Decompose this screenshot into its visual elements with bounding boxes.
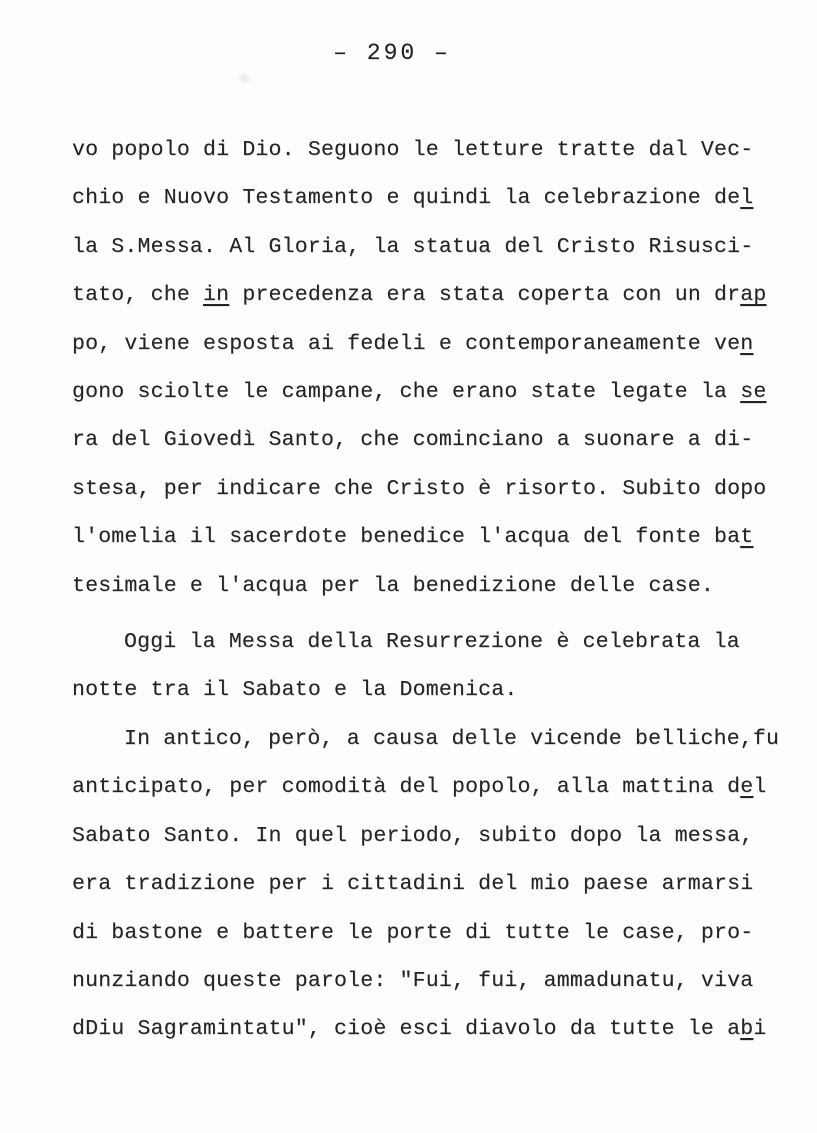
text-segment: nunziando queste parole: "Fui, fui, amma… xyxy=(72,969,753,993)
text-segment: tato, che xyxy=(72,283,203,307)
underlined-text-segment: t xyxy=(740,525,753,549)
text-segment: di bastone e battere le porte di tutte l… xyxy=(72,921,753,945)
text-line: In antico, però, a causa delle vicende b… xyxy=(72,715,772,763)
underlined-text-segment: se xyxy=(740,380,766,404)
text-line: di bastone e battere le porte di tutte l… xyxy=(72,909,772,957)
text-segment: vo popolo di Dio. Seguono le letture tra… xyxy=(72,138,753,162)
text-segment: la S.Messa. Al Gloria, la statua del Cri… xyxy=(72,235,753,259)
text-line: vo popolo di Dio. Seguono le letture tra… xyxy=(72,126,772,174)
text-line: anticipato, per comodità del popolo, all… xyxy=(72,763,772,811)
text-segment: era tradizione per i cittadini del mio p… xyxy=(72,872,753,896)
text-segment: po, viene esposta ai fedeli e contempora… xyxy=(72,332,740,356)
text-line: gono sciolte le campane, che erano state… xyxy=(72,368,772,416)
text-segment: chio e Nuovo Testamento e quindi la cele… xyxy=(72,186,740,210)
underlined-text-segment: ap xyxy=(740,283,766,307)
underlined-text-segment: b xyxy=(740,1017,753,1041)
text-line: notte tra il Sabato e la Domenica. xyxy=(72,666,772,714)
text-line: era tradizione per i cittadini del mio p… xyxy=(72,860,772,908)
page-number: – 290 – xyxy=(0,40,784,66)
text-segment: dDiu Sagramintatu", cioè esci diavolo da… xyxy=(72,1017,740,1041)
text-segment: In antico, però, a causa delle vicende b… xyxy=(124,727,779,751)
text-line: nunziando queste parole: "Fui, fui, amma… xyxy=(72,957,772,1005)
text-segment: stesa, per indicare che Cristo è risorto… xyxy=(72,477,766,501)
text-line: dDiu Sagramintatu", cioè esci diavolo da… xyxy=(72,1005,772,1053)
text-line: ra del Giovedì Santo, che cominciano a s… xyxy=(72,416,772,464)
text-line: la S.Messa. Al Gloria, la statua del Cri… xyxy=(72,223,772,271)
text-line: Sabato Santo. In quel periodo, subito do… xyxy=(72,812,772,860)
text-line: po, viene esposta ai fedeli e contempora… xyxy=(72,320,772,368)
text-segment: l xyxy=(753,775,766,799)
text-segment: precedenza era stata coperta con un dr xyxy=(229,283,740,307)
text-segment: Sabato Santo. In quel periodo, subito do… xyxy=(72,824,753,848)
text-line: tesimale e l'acqua per la benedizione de… xyxy=(72,562,772,610)
text-line: tato, che in precedenza era stata copert… xyxy=(72,271,772,319)
document-page: – 290 – vo popolo di Dio. Seguono le let… xyxy=(0,0,817,1133)
underlined-text-segment: l xyxy=(740,186,753,210)
text-segment: tesimale e l'acqua per la benedizione de… xyxy=(72,574,714,598)
text-segment: anticipato, per comodità del popolo, all… xyxy=(72,775,740,799)
text-segment: Oggi la Messa della Resurrezione è celeb… xyxy=(124,630,740,654)
text-segment: i xyxy=(753,1017,766,1041)
text-segment: notte tra il Sabato e la Domenica. xyxy=(72,678,517,702)
document-body: vo popolo di Dio. Seguono le letture tra… xyxy=(72,126,772,1054)
underlined-text-segment: n xyxy=(740,332,753,356)
text-line: stesa, per indicare che Cristo è risorto… xyxy=(72,465,772,513)
text-segment: l'omelia il sacerdote benedice l'acqua d… xyxy=(72,525,740,549)
text-segment: gono sciolte le campane, che erano state… xyxy=(72,380,740,404)
text-line: chio e Nuovo Testamento e quindi la cele… xyxy=(72,174,772,222)
text-line: l'omelia il sacerdote benedice l'acqua d… xyxy=(72,513,772,561)
underlined-text-segment: e xyxy=(740,775,753,799)
scan-smudge xyxy=(234,69,254,87)
underlined-text-segment: in xyxy=(203,283,229,307)
text-segment: ra del Giovedì Santo, che cominciano a s… xyxy=(72,428,753,452)
text-line: Oggi la Messa della Resurrezione è celeb… xyxy=(72,618,772,666)
